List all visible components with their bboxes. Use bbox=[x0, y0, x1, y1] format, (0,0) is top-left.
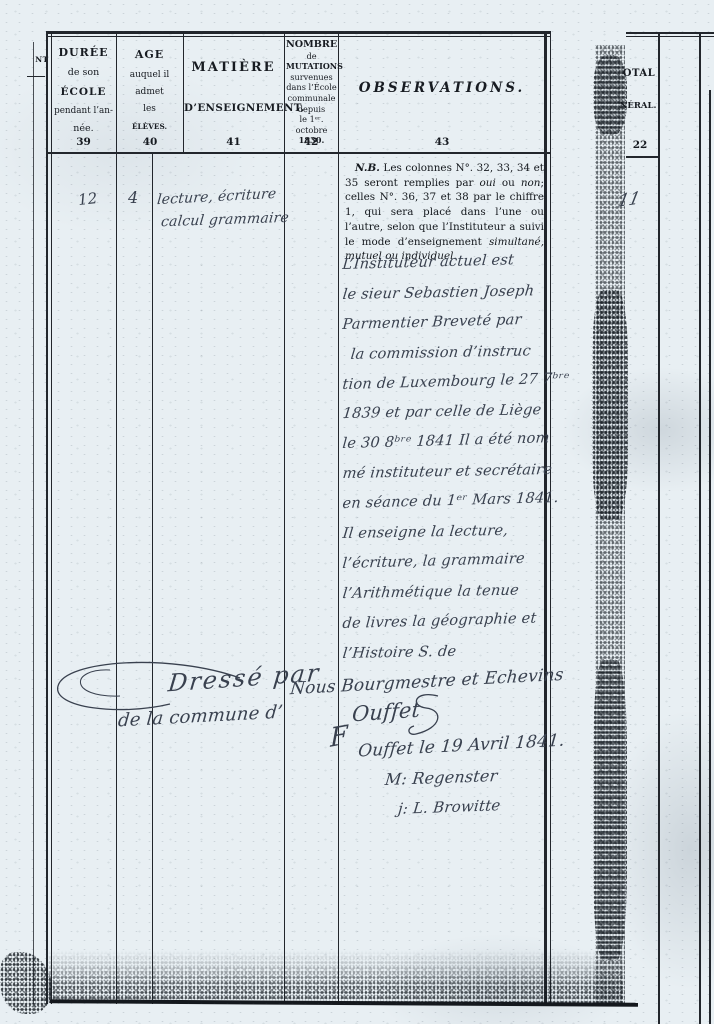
observations-handwriting: L’Instituteur actuel est le sieur Sebast… bbox=[342, 256, 550, 674]
row-value-matiere-line1: lecture, écriture bbox=[156, 186, 277, 208]
column-42-header: NOMBRE de MUTATIONS survenues dans l’Éco… bbox=[286, 40, 337, 146]
column-41-number: 41 bbox=[184, 136, 283, 148]
column-43-header: OBSERVATIONS. bbox=[340, 80, 544, 96]
column-40-number: 40 bbox=[117, 136, 183, 148]
nb-note: N.B. Les colonnes N°. 32, 33, 34 et 35 s… bbox=[345, 161, 544, 264]
observation-line: Parmentier Breveté par bbox=[341, 310, 551, 346]
row-value-duree: 12 bbox=[77, 189, 98, 209]
column-39-title: DURÉE bbox=[52, 46, 115, 59]
observation-line: L’Instituteur actuel est bbox=[341, 250, 551, 286]
adjacent-edge-rule bbox=[699, 33, 701, 1024]
column-39-header: DURÉE de son ÉCOLE pendant l’an- née. bbox=[52, 46, 115, 134]
sheet-edge-blob bbox=[593, 55, 627, 135]
column-42-title: NOMBRE bbox=[286, 40, 337, 51]
signature-browitte: j: L. Browitte bbox=[397, 796, 501, 818]
left-margin-rule bbox=[33, 42, 34, 1004]
left-margin-tick bbox=[27, 76, 45, 77]
column-40-title: AGE bbox=[117, 48, 182, 61]
row-value-matiere-line2: calcul grammaire bbox=[160, 210, 290, 231]
table-left-rule-inner bbox=[51, 31, 52, 1004]
scan-page: NT DURÉE de son ÉCOLE pendant l’an- née.… bbox=[0, 0, 714, 1024]
col-39-40-rule bbox=[116, 31, 117, 1004]
adjacent-column-rule bbox=[658, 32, 660, 1024]
adjacent-total-fragment: OTAL bbox=[620, 68, 658, 79]
adjacent-edge-rule-2 bbox=[709, 90, 711, 1024]
table-right-rule bbox=[550, 31, 551, 1004]
column-39-number: 39 bbox=[52, 136, 115, 148]
adjacent-header-bottom-rule bbox=[626, 156, 658, 158]
table-top-rule-inner bbox=[46, 36, 551, 37]
col-41-42-rule bbox=[284, 31, 285, 1004]
signature-date: Ouffet le 19 Avril 1841. bbox=[357, 731, 565, 762]
observation-line: de livres la géographie et bbox=[341, 609, 551, 645]
col-42-43-rule bbox=[338, 31, 339, 1004]
adjacent-general-fragment: NÉRAL. bbox=[617, 101, 659, 111]
adjacent-row-value: 11 bbox=[616, 188, 642, 212]
row-value-age: 4 bbox=[128, 188, 138, 207]
signature-regenster: M: Regenster bbox=[384, 766, 498, 789]
adjacent-column-number: 22 bbox=[624, 139, 656, 151]
header-bottom-rule bbox=[46, 152, 551, 154]
bottom-left-corner-blob bbox=[0, 952, 52, 1014]
observation-line: l’écriture, la grammaire bbox=[341, 549, 551, 585]
table-left-rule bbox=[46, 31, 48, 1004]
column-40-header: AGE auquel il admet les ÉLÈVES. bbox=[117, 48, 182, 131]
column-43-title: OBSERVATIONS. bbox=[340, 80, 544, 96]
column-41-header: MATIÈRE D’ENSEIGNEMENT. bbox=[184, 60, 283, 114]
signature-initial: F bbox=[330, 720, 348, 754]
column-42-number: 42 bbox=[285, 136, 337, 148]
observation-line: tion de Luxembourg le 27 7ᵇʳᵉ bbox=[341, 370, 551, 406]
nb-label: N.B. bbox=[355, 162, 380, 174]
sheet-edge-blob bbox=[592, 290, 628, 520]
col-40-41-rule-body bbox=[152, 153, 153, 1004]
sheet-bottom-shadow bbox=[48, 950, 623, 1003]
observation-line: le 30 8ᵇʳᵉ 1841 Il a été nom bbox=[341, 429, 551, 465]
sheet-edge-blob bbox=[593, 660, 627, 960]
observation-line: en séance du 1ᵉʳ Mars 1841. bbox=[341, 489, 551, 525]
column-41-title: MATIÈRE bbox=[184, 60, 283, 75]
paraph-flourish bbox=[402, 690, 452, 742]
column-43-number: 43 bbox=[339, 136, 545, 148]
table-top-rule bbox=[46, 31, 551, 34]
